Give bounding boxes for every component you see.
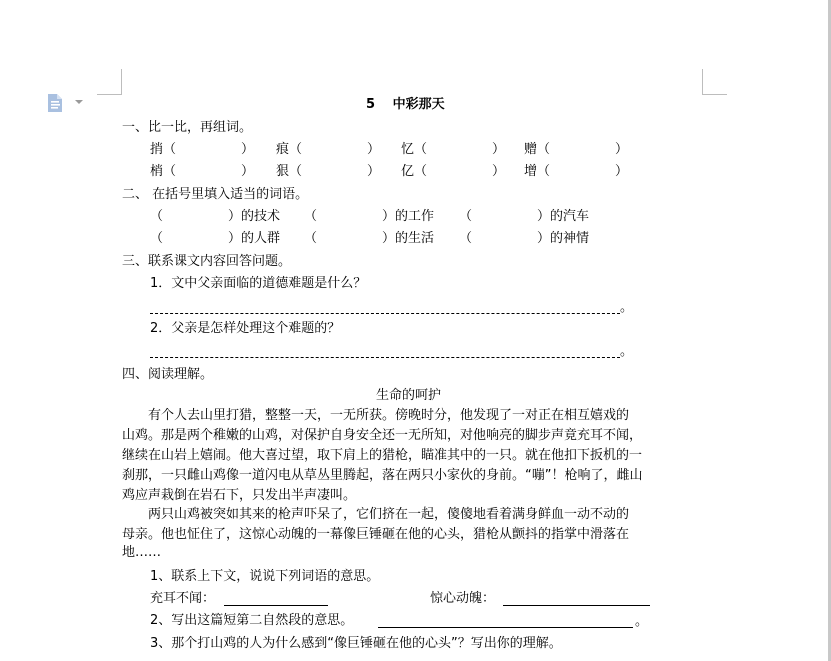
section-heading: 一、比一比，再组词。 [122,119,252,137]
document-title: 5 中彩那天 [366,96,445,114]
section-heading: 四、阅读理解。 [122,366,213,384]
passage-line: 母亲。他也怔住了，这惊心动魄的一幕像巨锤砸在他的心头，猎枪从颤抖的指掌中滑落在 [122,526,629,544]
passage-line: 地…… [122,544,161,562]
margin-corner-mark [702,69,703,94]
answer-line [378,627,633,628]
question: 1、联系上下文，说说下列词语的意思。 [150,568,379,586]
answer-period: 。 [620,299,633,317]
word-item: 梢（ ） [150,163,254,181]
answer-line [150,357,620,359]
passage-line: 有个人去山里打猎，整整一天，一无所获。傍晚时分，他发现了一对正在相互嬉戏的 [122,407,629,425]
word-item: 狠（ ） [276,163,380,181]
word-item: 痕（ ） [276,141,380,159]
passage-line: 继续在山岩上嬉闹。他大喜过望，取下肩上的猎枪，瞄准其中的一只。就在他扣下扳机的一 [122,447,642,465]
passage-title: 生命的呵护 [376,387,441,405]
word-item: 忆（ ） [401,141,505,159]
question: 1．文中父亲面临的道德难题是什么？ [150,275,366,293]
answer-period: 。 [620,343,633,361]
passage-line: 鸡应声栽倒在岩石下，只发出半声凄叫。 [122,487,356,505]
margin-corner-mark [121,69,122,94]
fill-item: （ ）的工作 [304,208,434,226]
section-heading: 二、 在括号里填入适当的词语。 [122,186,308,204]
fill-item: （ ）的生活 [304,230,434,248]
word-item: 亿（ ） [401,163,505,181]
word-item: 增（ ） [524,163,628,181]
fill-item: （ ）的汽车 [459,208,589,226]
term-label: 充耳不闻： [150,590,215,608]
margin-corner-mark [97,94,122,95]
term-label: 惊心动魄： [430,590,495,608]
fill-item: （ ）的人群 [150,230,280,248]
fill-item: （ ）的神情 [459,230,589,248]
answer-line [224,605,328,606]
passage-line: 刹那，一只雌山鸡像一道闪电从草丛里腾起，落在两只小家伙的身前。“嘣”！枪响了，雌… [122,467,642,485]
question: 2、写出这篇短第二自然段的意思。 [150,612,353,630]
answer-line [503,605,650,606]
answer-period: 。 [635,613,648,631]
margin-corner-mark [702,94,727,95]
answer-line [150,313,620,315]
document-paste-icon[interactable] [46,93,66,113]
fill-item: （ ）的技术 [150,208,280,226]
chevron-down-icon[interactable] [75,100,83,104]
question: 3、那个打山鸡的人为什么感到“像巨锤砸在他的心头”？写出你的理解。 [150,635,562,653]
section-heading: 三、联系课文内容回答问题。 [122,253,291,271]
passage-line: 山鸡。那是两个稚嫩的山鸡，对保护自身安全还一无所知，对他响亮的脚步声竟充耳不闻， [122,427,642,445]
question: 2．父亲是怎样处理这个难题的？ [150,320,340,338]
word-item: 赠（ ） [524,141,628,159]
word-item: 捎（ ） [150,141,254,159]
passage-line: 两只山鸡被突如其来的枪声吓呆了，它们挤在一起，傻傻地看着满身鲜血一动不动的 [122,506,629,524]
